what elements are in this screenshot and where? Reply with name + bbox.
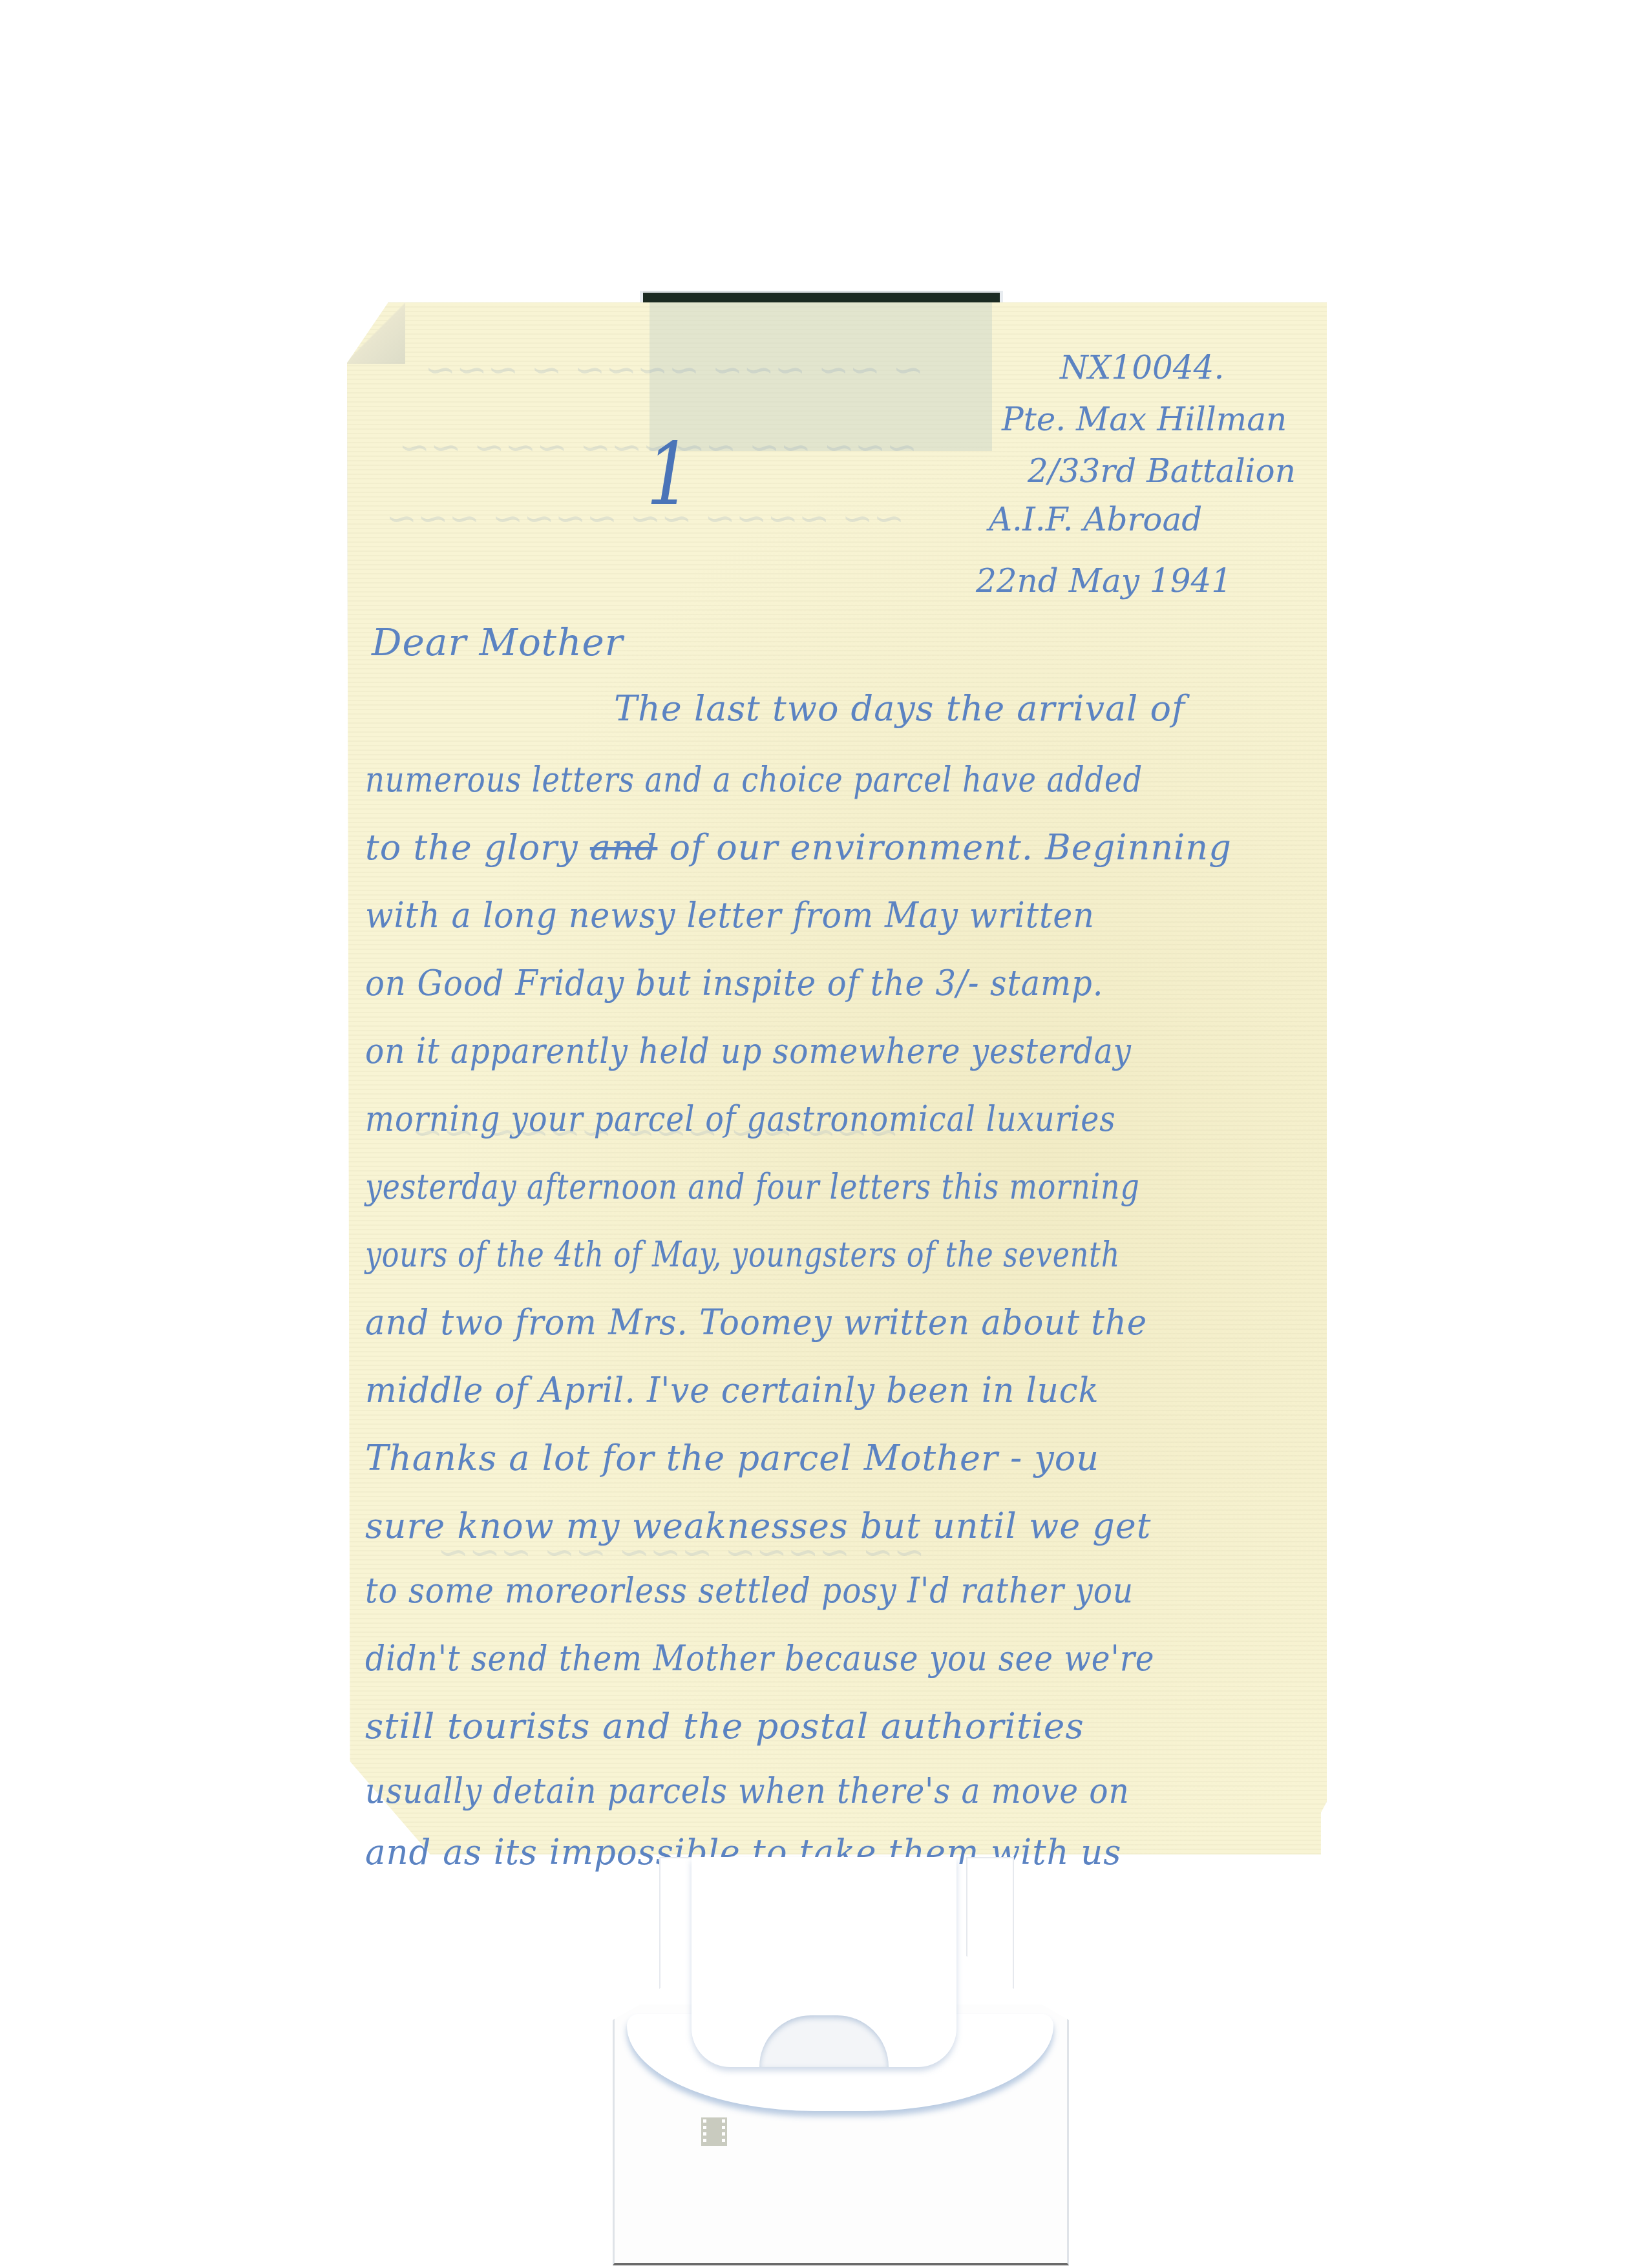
body-line: and two from Mrs. Toomey written about t… — [365, 1302, 1147, 1343]
body-line: didn't send them Mother because you see … — [365, 1638, 1154, 1679]
body-text: to the glory — [365, 827, 578, 868]
body-line: to the glory and of our environment. Beg… — [365, 827, 1232, 868]
salutation: Dear Mother — [372, 620, 624, 664]
body-line: morning your parcel of gastronomical lux… — [365, 1098, 1116, 1139]
tape-overlay — [650, 302, 992, 451]
stand-notch — [759, 2015, 889, 2067]
service-number: NX10044. — [1060, 349, 1224, 386]
body-line: on Good Friday but inspite of the 3/- st… — [365, 963, 1103, 1003]
sender-force: A.I.F. Abroad — [989, 501, 1202, 538]
body-line: The last two days the arrival of — [614, 688, 1185, 729]
body-text: of our environment. Beginning — [670, 827, 1232, 868]
stand-right-tab — [966, 1857, 1014, 1989]
page-number: 1 — [646, 425, 692, 524]
body-line: usually detain parcels when there's a mo… — [365, 1770, 1130, 1811]
sender-name: Pte. Max Hillman — [1002, 401, 1287, 438]
body-line: yesterday afternoon and four letters thi… — [365, 1166, 1140, 1207]
body-line: middle of April. I've certainly been in … — [365, 1370, 1099, 1411]
scanner-document-stand — [601, 1849, 1079, 2268]
folded-corner — [347, 302, 405, 364]
sender-unit: 2/33rd Battalion — [1028, 452, 1296, 490]
body-line: numerous letters and a choice parcel hav… — [365, 759, 1143, 800]
body-line: to some moreorless settled posy I'd rath… — [365, 1570, 1134, 1611]
body-line: Thanks a lot for the parcel Mother - you — [365, 1438, 1099, 1478]
body-line: with a long newsy letter from May writte… — [365, 895, 1095, 936]
body-line: on it apparently held up somewhere yeste… — [365, 1031, 1132, 1071]
body-line: still tourists and the postal authoritie… — [365, 1706, 1084, 1747]
body-line: sure know my weaknesses but until we get — [365, 1506, 1152, 1546]
body-line: yours of the 4th of May, youngsters of t… — [365, 1234, 1120, 1275]
letter-date: 22nd May 1941 — [976, 562, 1232, 600]
struck-word: and — [590, 827, 658, 868]
film-strip-icon — [701, 2117, 727, 2146]
stand-tongue — [692, 1857, 956, 2067]
